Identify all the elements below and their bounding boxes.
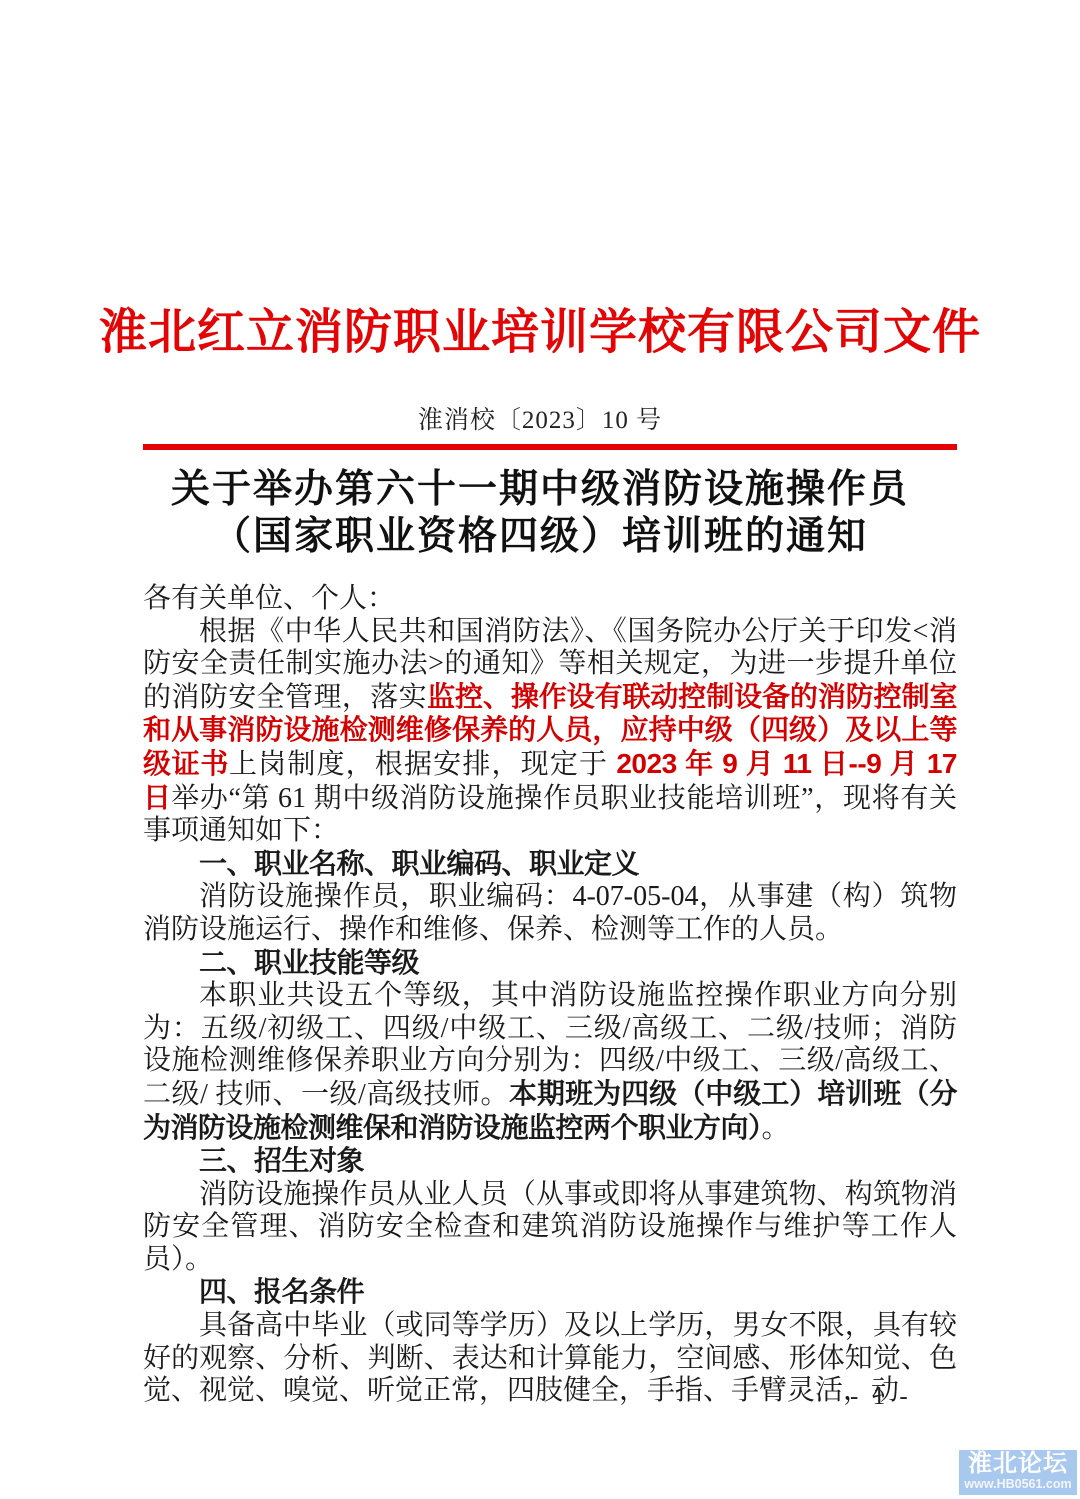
section-heading: 三、招生对象 (143, 1145, 957, 1179)
doc-number: 淮消校〔2023〕10 号 (0, 400, 1080, 436)
body-text-run: 消防设施操作员，职业编码：4-07-05-04，从事建（构）筑物消防设施运行、操… (143, 881, 957, 945)
bold-emphasis-text: 二、职业技能等级 (199, 947, 419, 978)
body-paragraph: 具备高中毕业（或同等学历）及以上学历，男女不限，具有较好的观察、分析、判断、表达… (143, 1310, 957, 1408)
document-body: 各有关单位、个人：根据《中华人民共和国消防法》、《国务院办公厅关于印发<消防安全… (143, 583, 957, 1408)
bold-emphasis-text: 三、招生对象 (199, 1145, 364, 1176)
body-paragraph: 消防设施操作员，职业编码：4-07-05-04，从事建（构）筑物消防设施运行、操… (143, 881, 957, 946)
body-text-run: 举办“第 61 期中级消防设施操作员职业技能培训班”，现将有关事项通知如下： (143, 783, 957, 847)
section-heading: 四、报名条件 (143, 1276, 957, 1310)
letterhead-title: 淮北红立消防职业培训学校有限公司文件 (0, 293, 1080, 362)
body-paragraph: 各有关单位、个人： (143, 583, 957, 616)
watermark-site-name: 淮北论坛 (959, 1452, 1077, 1476)
body-paragraph: 消防设施操作员从业人员（从事或即将从事建筑物、构筑物消防安全管理、消防安全检查和… (143, 1179, 957, 1277)
section-heading: 二、职业技能等级 (143, 947, 957, 981)
doc-title: 关于举办第六十一期中级消防设施操作员 （国家职业资格四级）培训班的通知 (0, 466, 1080, 560)
bold-emphasis-text: 一、职业名称、职业编码、职业定义 (199, 848, 639, 879)
forum-watermark: 淮北论坛 www.HB0561.com (959, 1450, 1077, 1495)
red-separator-line (143, 444, 957, 450)
doc-title-line-2: （国家职业资格四级）培训班的通知 (0, 513, 1080, 560)
body-text-run: 上岗制度，根据安排，现定于 (229, 749, 616, 780)
body-text-run: 消防设施操作员从业人员（从事或即将从事建筑物、构筑物消防安全管理、消防安全检查和… (143, 1179, 957, 1275)
body-paragraph: 根据《中华人民共和国消防法》、《国务院办公厅关于印发<消防安全责任制实施办法>的… (143, 616, 957, 848)
body-text-run: 具备高中毕业（或同等学历）及以上学历，男女不限，具有较好的观察、分析、判断、表达… (143, 1310, 957, 1406)
body-text-run: 各有关单位、个人： (143, 583, 395, 614)
body-paragraph: 本职业共设五个等级，其中消防设施监控操作职业方向分别为：五级/初级工、四级/中级… (143, 980, 957, 1145)
section-heading: 一、职业名称、职业编码、职业定义 (143, 848, 957, 882)
watermark-site-url: www.HB0561.com (959, 1478, 1077, 1491)
document-page: 淮北红立消防职业培训学校有限公司文件 淮消校〔2023〕10 号 关于举办第六十… (0, 0, 1080, 1499)
doc-title-line-1: 关于举办第六十一期中级消防设施操作员 (0, 466, 1080, 513)
body-text-run: 。 (762, 1113, 790, 1144)
page-number: - 1 - (850, 1383, 912, 1411)
bold-emphasis-text: 四、报名条件 (199, 1276, 364, 1307)
